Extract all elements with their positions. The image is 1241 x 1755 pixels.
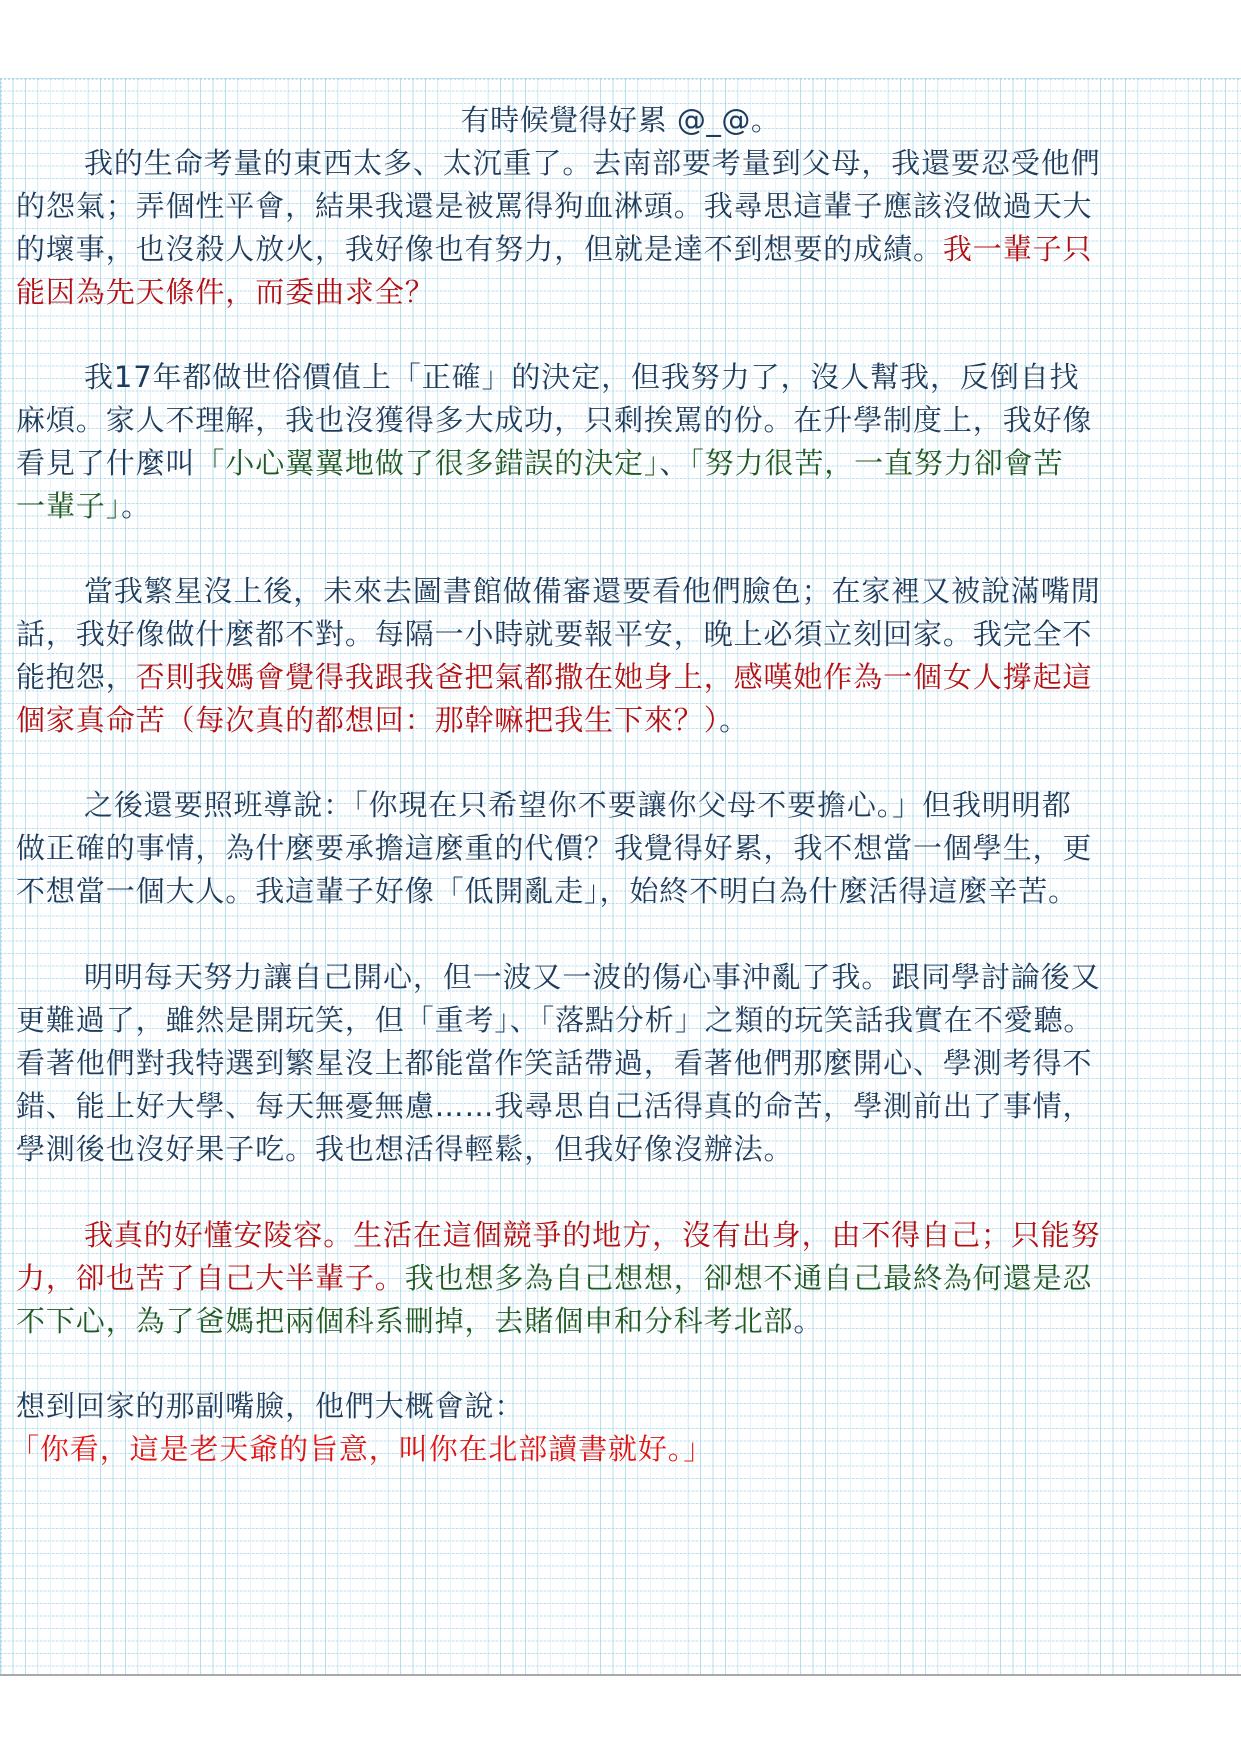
highlight-green: 「努力很苦，一直努力卻會苦 <box>689 446 1063 480</box>
p5-line-2: 更難過了，雖然是開玩笑，但「重考」、「落點分析」之類的玩笑話我實在不愛聽。 <box>16 1000 1093 1040</box>
p5-line-1: 明明每天努力讓自己開心，但一波又一波的傷心事沖亂了我。跟同學討論後又 <box>84 957 1101 997</box>
text-segment: 學測後也沒好果子吃。我也想活得輕鬆，但我好像沒辦法。 <box>16 1132 793 1166</box>
p5-line-5: 學測後也沒好果子吃。我也想活得輕鬆，但我好像沒辦法。 <box>16 1129 793 1169</box>
text-segment: 錯、能上好大學、每天無憂無慮……我尋思自己活得真的命苦，學測前出了事情， <box>16 1089 1092 1123</box>
p5-line-4: 錯、能上好大學、每天無憂無慮……我尋思自己活得真的命苦，學測前出了事情， <box>16 1086 1092 1126</box>
p7-line-2: 「你看，這是老天爺的旨意，叫你在北部讀書就好。」 <box>10 1429 713 1469</box>
text-segment: 的壞事，也沒殺人放火，我好像也有努力，但就是達不到想要的成績。 <box>16 232 943 266</box>
text-segment: 當我繁星沒上後，未來去圖書館做備審還要看他們臉色；在家裡又被說滿嘴閒 <box>84 574 1101 608</box>
p1-line-4: 能因為先天條件，而委曲求全？ <box>16 272 435 312</box>
text-segment: 更難過了，雖然是開玩笑，但「重考」、「落點分析」之類的玩笑話我實在不愛聽。 <box>16 1003 1093 1037</box>
highlight-red: 我真的好懂安陵容。生活在這個競爭的地方，沒有出身，由不得自己；只能努 <box>84 1218 1101 1252</box>
highlight-green: 「小心翼翼地做了很多錯誤的決定」 <box>195 446 659 480</box>
p2-line-1: 我17年都做世俗價值上「正確」的決定，但我努力了，沒人幫我，反倒自找 <box>84 357 1080 397</box>
p2-line-2: 麻煩。家人不理解，我也沒獲得多大成功，只剩挨罵的份。在升學制度上，我好像 <box>16 400 1092 440</box>
text-segment: 我的生命考量的東西太多、太沉重了。去南部要考量到父母，我還要忍受他們 <box>84 146 1101 180</box>
text-segment: 。 <box>719 703 749 737</box>
highlight-red: 力，卻也苦了自己大半輩子。 <box>16 1261 405 1295</box>
document-body: 有時候覺得好累 @_@。 我的生命考量的東西太多、太沉重了。去南部要考量到父母，… <box>0 0 1241 1755</box>
highlight-bright-red-quote: 「你看，這是老天爺的旨意，叫你在北部讀書就好。」 <box>10 1432 713 1466</box>
text-segment: 看著他們對我特選到繁星沒上都能當作笑話帶過，看著他們那麼開心、學測考得不 <box>16 1046 1092 1080</box>
p2-line-3: 看見了什麼叫「小心翼翼地做了很多錯誤的決定」、「努力很苦，一直努力卻會苦 <box>16 443 1063 483</box>
highlight-green: 不下心，為了爸媽把兩個科系刪掉，去賭個申和分科考北部 <box>16 1304 793 1338</box>
highlight-red: 否則我媽會覺得我跟我爸把氣都撒在她身上，感嘆她作為一個女人撐起這 <box>136 660 1093 694</box>
p3-line-4: 個家真命苦（每次真的都想回：那幹嘛把我生下來？）。 <box>16 700 749 740</box>
text-segment: 、 <box>659 446 689 480</box>
p1-line-2: 的怨氣；弄個性平會，結果我還是被罵得狗血淋頭。我尋思這輩子應該沒做過天大 <box>16 186 1092 226</box>
p3-line-1: 當我繁星沒上後，未來去圖書館做備審還要看他們臉色；在家裡又被說滿嘴閒 <box>84 571 1101 611</box>
document-title: 有時候覺得好累 @_@。 <box>0 100 1241 140</box>
highlight-red: 能因為先天條件，而委曲求全？ <box>16 275 435 309</box>
text-segment: 話，我好像做什麼都不對。每隔一小時就要報平安，晚上必須立刻回家。我完全不 <box>16 617 1092 651</box>
p7-line-1: 想到回家的那副嘴臉，他們大概會說： <box>16 1386 524 1426</box>
p2-line-4: 一輩子」。 <box>16 486 151 526</box>
text-segment: 的怨氣；弄個性平會，結果我還是被罵得狗血淋頭。我尋思這輩子應該沒做過天大 <box>16 189 1092 223</box>
p1-line-1: 我的生命考量的東西太多、太沉重了。去南部要考量到父母，我還要忍受他們 <box>84 143 1101 183</box>
text-segment: 。 <box>121 489 151 523</box>
text-segment: 做正確的事情，為什麼要承擔這麼重的代價？我覺得好累，我不想當一個學生，更 <box>16 831 1092 865</box>
text-segment: 之後還要照班導說：「你現在只希望你不要讓你父母不要擔心。」但我明明都 <box>84 788 1072 822</box>
highlight-green: 我也想多為自己想想，卻想不通自己最終為何還是忍 <box>405 1261 1093 1295</box>
p1-line-3: 的壞事，也沒殺人放火，我好像也有努力，但就是達不到想要的成績。我一輩子只 <box>16 229 1092 269</box>
text-segment: 不想當一個大人。我這輩子好像「低開亂走」，始終不明白為什麼活得這麼辛苦。 <box>16 874 1078 908</box>
p6-line-3: 不下心，為了爸媽把兩個科系刪掉，去賭個申和分科考北部。 <box>16 1301 823 1341</box>
highlight-green: 一輩子」 <box>16 489 121 523</box>
p3-line-2: 話，我好像做什麼都不對。每隔一小時就要報平安，晚上必須立刻回家。我完全不 <box>16 614 1092 654</box>
p4-line-1: 之後還要照班導說：「你現在只希望你不要讓你父母不要擔心。」但我明明都 <box>84 785 1072 825</box>
p6-line-2: 力，卻也苦了自己大半輩子。我也想多為自己想想，卻想不通自己最終為何還是忍 <box>16 1258 1092 1298</box>
text-segment: 想到回家的那副嘴臉，他們大概會說： <box>16 1389 524 1423</box>
p4-line-2: 做正確的事情，為什麼要承擔這麼重的代價？我覺得好累，我不想當一個學生，更 <box>16 828 1092 868</box>
highlight-red: 個家真命苦（每次真的都想回：那幹嘛把我生下來？） <box>16 703 719 737</box>
p4-line-3: 不想當一個大人。我這輩子好像「低開亂走」，始終不明白為什麼活得這麼辛苦。 <box>16 871 1078 911</box>
text-segment: 麻煩。家人不理解，我也沒獲得多大成功，只剩挨罵的份。在升學制度上，我好像 <box>16 403 1092 437</box>
text-segment: 我17年都做世俗價值上「正確」的決定，但我努力了，沒人幫我，反倒自找 <box>84 360 1080 394</box>
p3-line-3: 能抱怨，否則我媽會覺得我跟我爸把氣都撒在她身上，感嘆她作為一個女人撐起這 <box>16 657 1092 697</box>
text-segment: 。 <box>793 1304 823 1338</box>
text-segment: 明明每天努力讓自己開心，但一波又一波的傷心事沖亂了我。跟同學討論後又 <box>84 960 1101 994</box>
p5-line-3: 看著他們對我特選到繁星沒上都能當作笑話帶過，看著他們那麼開心、學測考得不 <box>16 1043 1092 1083</box>
highlight-red: 我一輩子只 <box>943 232 1093 266</box>
text-segment: 能抱怨， <box>16 660 136 694</box>
p6-line-1: 我真的好懂安陵容。生活在這個競爭的地方，沒有出身，由不得自己；只能努 <box>84 1215 1101 1255</box>
text-segment: 看見了什麼叫 <box>16 446 195 480</box>
